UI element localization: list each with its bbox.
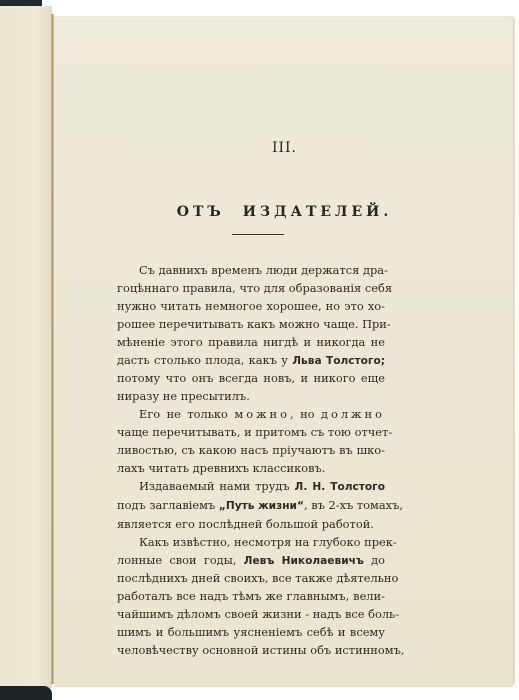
text-line: Его не только можно, но должно xyxy=(117,406,385,424)
text-run: чайшимъ дѣломъ своей жизни - надъ все бо… xyxy=(117,607,399,621)
text-run: до xyxy=(364,553,385,567)
emphasized-name: Левъ Николаевичъ xyxy=(244,555,364,567)
text-run: гоцѣннаго правила, что для образованія с… xyxy=(117,281,392,295)
text-line: послѣднихъ дней своихъ, все также дѣятел… xyxy=(117,570,385,588)
text-line: Издаваемый нами трудъ Л. Н. Толстого xyxy=(117,478,385,497)
text-run: Съ давнихъ временъ люди держатся дра- xyxy=(139,263,388,277)
text-run: дасть столько плода, какъ у xyxy=(117,353,292,367)
text-line: Съ давнихъ временъ люди держатся дра- xyxy=(117,262,385,280)
text-run: лонные свои годы, xyxy=(117,553,244,567)
emphasized-name: „Путь жизни“ xyxy=(219,500,304,512)
spaced-emphasis: можно xyxy=(234,407,290,421)
text-line: Какъ извѣстно, несмотря на глубоко прек- xyxy=(117,534,385,552)
text-run: человѣчеству основной истины объ истинно… xyxy=(117,643,404,657)
text-line: гоцѣннаго правила, что для образованія с… xyxy=(117,280,385,298)
text-run: лахъ читать древнихъ классиковъ. xyxy=(117,461,325,475)
text-line: дасть столько плода, какъ у Льва Толстог… xyxy=(117,352,385,371)
text-line: мѣненіе этого правила нигдѣ и никогда не xyxy=(117,334,385,352)
page-number: III. xyxy=(54,140,515,156)
paragraph: Какъ извѣстно, несмотря на глубоко прек-… xyxy=(117,534,385,660)
emphasized-name: Льва Толстого; xyxy=(292,355,385,367)
text-line: лонные свои годы, Левъ Николаевичъ до xyxy=(117,552,385,571)
text-run: Издаваемый нами трудъ xyxy=(139,479,295,493)
text-run: нужно читать немногое хорошее, но это хо… xyxy=(117,299,385,313)
text-run: рошее перечитывать какъ можно чаще. При- xyxy=(117,317,391,331)
spaced-emphasis: должно xyxy=(321,407,385,421)
text-line: работалъ все надъ тѣмъ же главнымъ, вели… xyxy=(117,588,385,606)
text-line: человѣчеству основной истины объ истинно… xyxy=(117,642,385,660)
text-line: рошее перечитывать какъ можно чаще. При- xyxy=(117,316,385,334)
text-run: , въ 2-хъ томахъ, xyxy=(304,498,403,512)
text-line: подъ заглавіемъ „Путь жизни“, въ 2-хъ то… xyxy=(117,497,385,516)
text-line: ливостью, съ какою насъ пріучаютъ въ шко… xyxy=(117,442,385,460)
heading-rule xyxy=(232,234,284,235)
text-run: послѣднихъ дней своихъ, все также дѣятел… xyxy=(117,571,398,585)
text-line: шимъ и большимъ уясненіемъ себѣ и всему xyxy=(117,624,385,642)
text-run: ливостью, съ какою насъ пріучаютъ въ шко… xyxy=(117,443,385,457)
text-line: чаще перечитывать, и притомъ съ тою отче… xyxy=(117,424,385,442)
text-line: чайшимъ дѣломъ своей жизни - надъ все бо… xyxy=(117,606,385,624)
text-run: мѣненіе этого правила нигдѣ и никогда не xyxy=(117,335,385,349)
text-run: Какъ извѣстно, несмотря на глубоко прек- xyxy=(139,535,397,549)
paragraph: Его не только можно, но должночаще переч… xyxy=(117,406,385,478)
text-run: потому что онъ всегда новъ, и никого еще xyxy=(117,371,385,385)
text-run: ниразу не пресытилъ. xyxy=(117,389,250,403)
text-line: лахъ читать древнихъ классиковъ. xyxy=(117,460,385,478)
heading-word-1: ОТЪ xyxy=(177,204,225,220)
text-run: работалъ все надъ тѣмъ же главнымъ, вели… xyxy=(117,589,385,603)
text-line: является его послѣдней большой работой. xyxy=(117,516,385,534)
paragraph: Издаваемый нами трудъ Л. Н. Толстогоподъ… xyxy=(117,478,385,534)
text-line: нужно читать немногое хорошее, но это хо… xyxy=(117,298,385,316)
text-line: ниразу не пресытилъ. xyxy=(117,388,385,406)
text-line: потому что онъ всегда новъ, и никого еще xyxy=(117,370,385,388)
text-run: подъ заглавіемъ xyxy=(117,498,219,512)
emphasized-name: Л. Н. Толстого xyxy=(295,481,385,493)
left-page xyxy=(0,6,52,688)
body-text: Съ давнихъ временъ люди держатся дра-гоц… xyxy=(117,262,385,660)
heading-word-2: ИЗДАТЕЛЕЙ. xyxy=(243,204,392,220)
text-run: , но xyxy=(290,407,321,421)
section-heading: ОТЪИЗДАТЕЛЕЙ. xyxy=(54,204,515,220)
paragraph: Съ давнихъ временъ люди держатся дра-гоц… xyxy=(117,262,385,406)
text-run: является его послѣдней большой работой. xyxy=(117,517,374,531)
book-cover-bottom xyxy=(0,686,52,700)
text-run: шимъ и большимъ уясненіемъ себѣ и всему xyxy=(117,625,385,639)
right-page: III. ОТЪИЗДАТЕЛЕЙ. Съ давнихъ временъ лю… xyxy=(54,16,515,687)
text-run: Его не только xyxy=(139,407,234,421)
text-run: чаще перечитывать, и притомъ съ тою отче… xyxy=(117,425,392,439)
